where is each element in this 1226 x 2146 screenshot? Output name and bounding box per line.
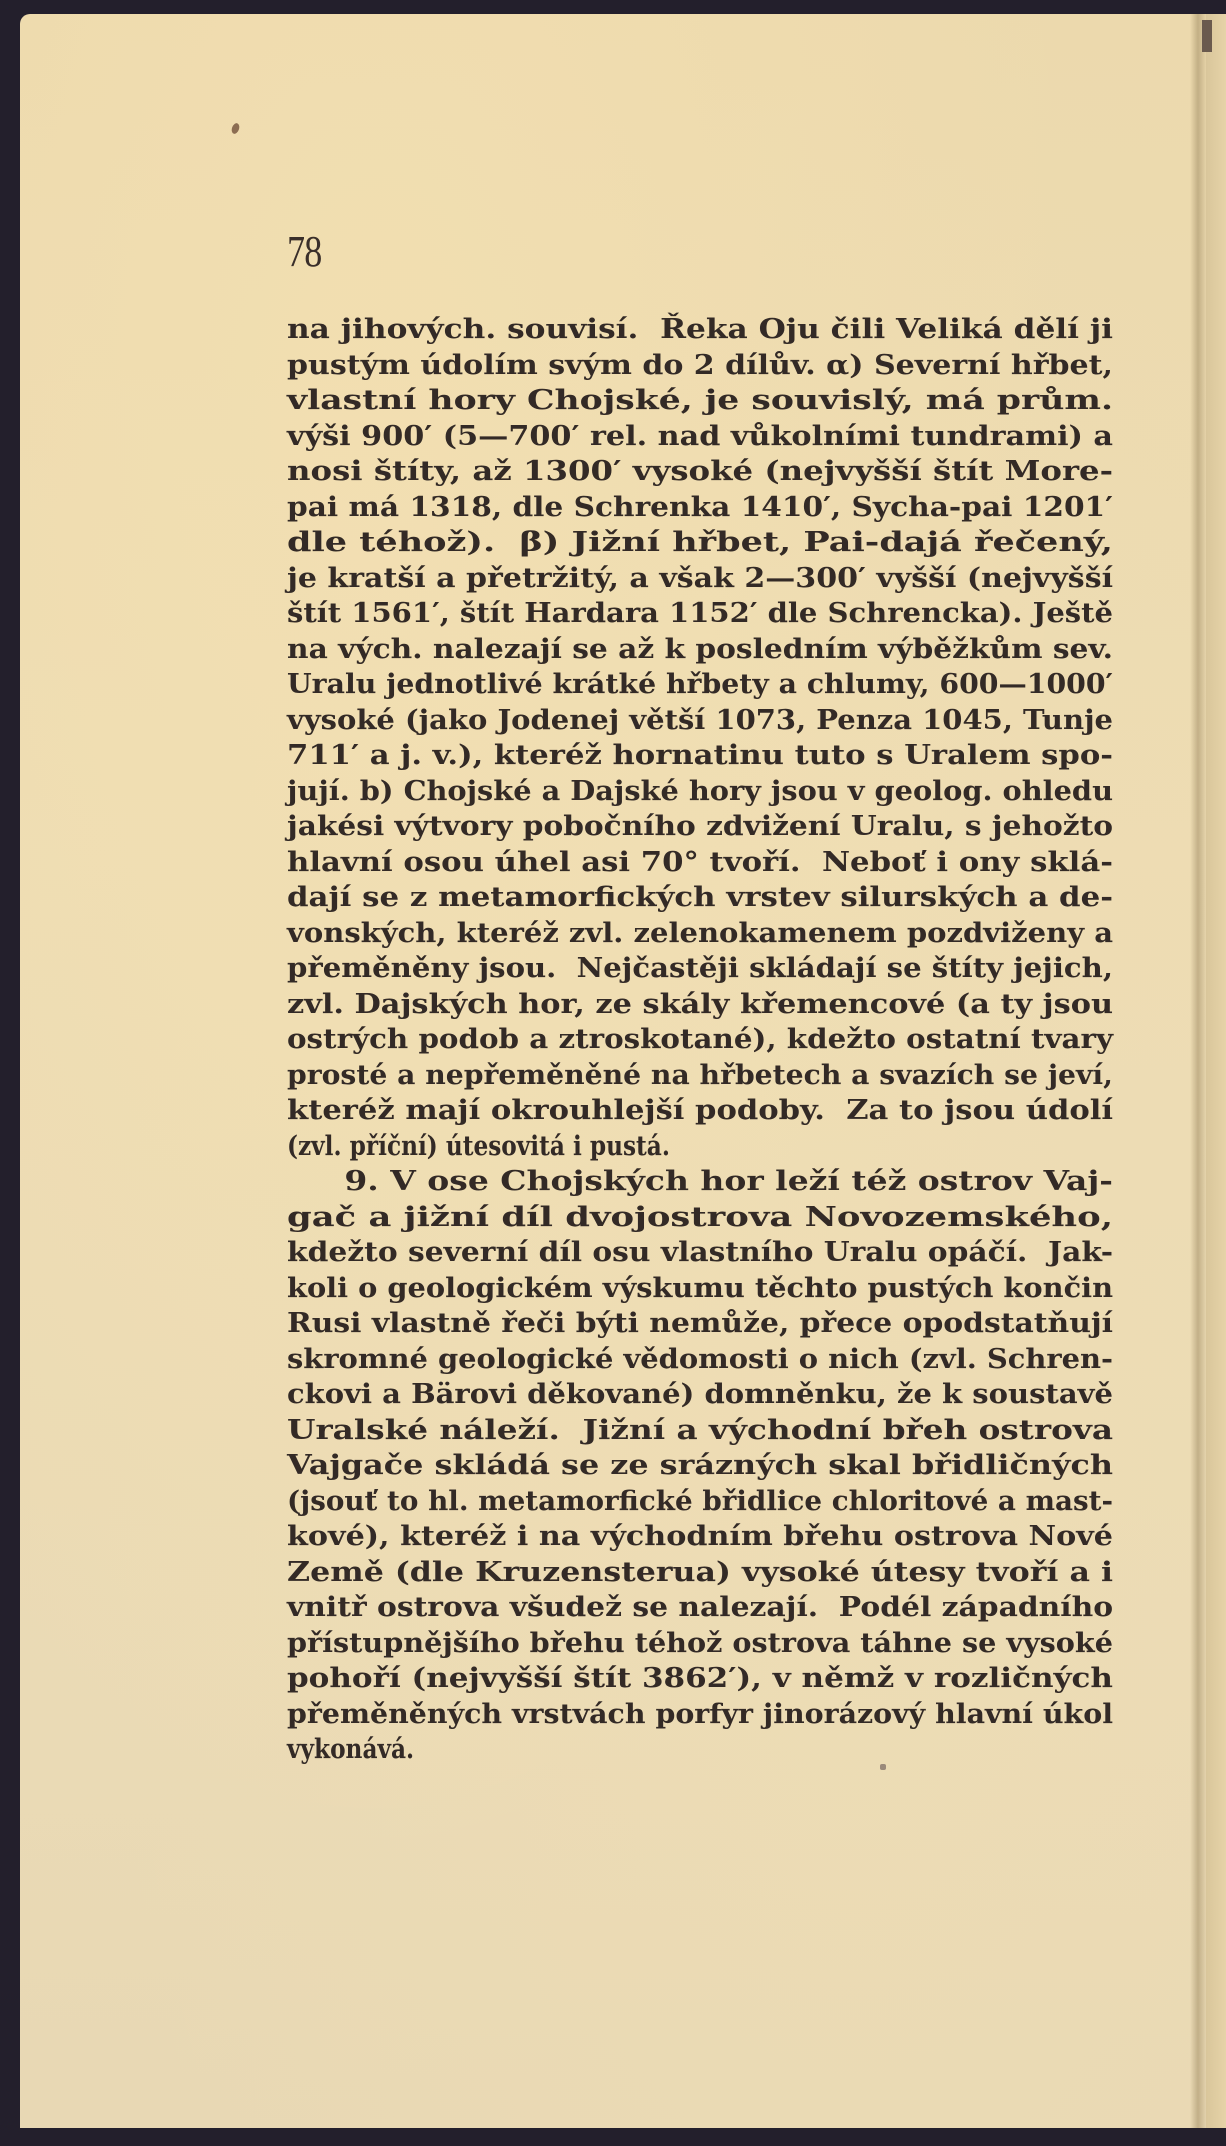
text-line-content: pai má 1318, dle Schrenka 1410′, Sycha-p… [287,490,1113,526]
text-line-content: vysoké (jako Jodenej větší 1073, Penza 1… [287,703,1113,739]
text-line-content: ostrých podob a ztroskotané), kdežto ost… [287,1022,1113,1058]
edge-mark [1202,20,1212,52]
text-line: koli o geologickém výskumu těchto pustýc… [287,1271,1115,1307]
text-line: kdežto severní díl osu vlastního Uralu o… [287,1235,1115,1271]
text-line-content: pustým údolím svým do 2 dílův. α) Severn… [287,348,1113,384]
text-line-content: výši 900′ (5—700′ rel. nad vůkolními tun… [287,419,1113,455]
text-line: (zvl. příční) útesovitá i pustá. [287,1129,1115,1165]
text-line: výši 900′ (5—700′ rel. nad vůkolními tun… [287,419,1115,455]
text-line: hlavní osou úhel asi 70° tvoří. Neboť i … [287,845,1115,881]
body-text: na jihových. souvisí. Řeka Oju čili Veli… [287,312,1115,1768]
text-line: vonských, kteréž zvl. zelenokamenem pozd… [287,916,1115,952]
text-line-content: vnitř ostrova všudež se nalezají. Podél … [287,1590,1113,1626]
text-line-content: přeměněných vrstvách porfyr jinorázový h… [287,1697,1113,1733]
text-line-content: Uralské náleží. Jižní a východní břeh os… [287,1413,1113,1449]
text-line: dají se z metamorfických vrstev silurský… [287,880,1115,916]
text-line: nosi štíty, až 1300′ vysoké (nejvyšší št… [287,454,1115,490]
text-line-content: (zvl. příční) útesovitá i pustá. [287,1129,670,1165]
text-line-content: vykonává. [287,1732,414,1768]
text-line: na jihových. souvisí. Řeka Oju čili Veli… [287,312,1115,348]
text-line-content: 711′ a j. v.), kteréž hornatinu tuto s U… [287,738,1113,774]
text-line: pohoří (nejvyšší štít 3862′), v němž v r… [287,1661,1115,1697]
text-line: vykonává. [287,1732,1115,1768]
text-line: přístupnějšího břehu téhož ostrova táhne… [287,1626,1115,1662]
text-line: skromné geologické vědomosti o nich (zvl… [287,1342,1115,1378]
text-line-content: kteréž mají okrouhlejší podoby. Za to js… [287,1093,1113,1129]
text-line-content: jakési výtvory pobočního zdvižení Uralu,… [287,809,1113,845]
text-line: Vajgače skládá se ze srázných skal břidl… [287,1448,1115,1484]
text-line: Země (dle Kruzensterua) vysoké útesy tvo… [287,1555,1115,1591]
text-line: kové), kteréž i na východním břehu ostro… [287,1519,1115,1555]
text-line: jují. b) Chojské a Dajské hory jsou v ge… [287,774,1115,810]
text-line-content: koli o geologickém výskumu těchto pustýc… [287,1271,1113,1307]
text-line: kteréž mají okrouhlejší podoby. Za to js… [287,1093,1115,1129]
page-number: 78 [287,226,321,277]
text-line-content: dají se z metamorfických vrstev silurský… [287,880,1113,916]
text-line-content: přeměněny jsou. Nejčastěji skládají se š… [287,951,1113,987]
text-line-content: prosté a nepřeměněné na hřbetech a svazí… [287,1058,1113,1094]
text-line-content: Země (dle Kruzensterua) vysoké útesy tvo… [287,1555,1113,1591]
text-line: ostrých podob a ztroskotané), kdežto ost… [287,1022,1115,1058]
text-line: štít 1561′, štít Hardara 1152′ dle Schre… [287,596,1115,632]
text-line: Uralu jednotlivé krátké hřbety a chlumy,… [287,667,1115,703]
text-line-content: (jsouť to hl. metamorfické břidlice chlo… [287,1484,1113,1520]
text-line-content: na vých. nalezají se až k posledním výbě… [287,632,1113,668]
scan-bottom-border [0,2128,1226,2146]
text-line: zvl. Dajských hor, ze skály křemencové (… [287,987,1115,1023]
text-line-content: pohoří (nejvyšší štít 3862′), v němž v r… [287,1661,1113,1697]
ink-speck [880,1764,886,1770]
text-line: přeměněny jsou. Nejčastěji skládají se š… [287,951,1115,987]
text-line: prosté a nepřeměněné na hřbetech a svazí… [287,1058,1115,1094]
page-edge [1206,14,1226,2130]
text-line: přeměněných vrstvách porfyr jinorázový h… [287,1697,1115,1733]
text-line: pustým údolím svým do 2 dílův. α) Severn… [287,348,1115,384]
text-line-content: Uralu jednotlivé krátké hřbety a chlumy,… [287,667,1113,703]
text-line: ckovi a Bärovi děkované) domněnku, že k … [287,1377,1115,1413]
text-line-content: 9. V ose Chojských hor leží též ostrov V… [287,1164,1113,1200]
text-line: vysoké (jako Jodenej větší 1073, Penza 1… [287,703,1115,739]
text-line-content: Rusi vlastně řeči býti nemůže, přece opo… [287,1306,1113,1342]
text-line-content: jují. b) Chojské a Dajské hory jsou v ge… [287,774,1113,810]
text-line-content: vonských, kteréž zvl. zelenokamenem pozd… [287,916,1113,952]
text-line: Rusi vlastně řeči býti nemůže, přece opo… [287,1306,1115,1342]
text-line: Uralské náleží. Jižní a východní břeh os… [287,1413,1115,1449]
text-line-content: na jihových. souvisí. Řeka Oju čili Veli… [287,312,1113,348]
text-line: 9. V ose Chojských hor leží též ostrov V… [287,1164,1115,1200]
text-line-content: ckovi a Bärovi děkované) domněnku, že k … [287,1377,1113,1413]
text-line-content: zvl. Dajských hor, ze skály křemencové (… [287,987,1113,1023]
text-line-content: je kratší a přetržitý, a však 2—300′ vyš… [287,561,1113,597]
text-line: gač a jižní díl dvojostrova Novozemského… [287,1200,1115,1236]
text-line: je kratší a přetržitý, a však 2—300′ vyš… [287,561,1115,597]
text-line-content: hlavní osou úhel asi 70° tvoří. Neboť i … [287,845,1113,881]
text-line: na vých. nalezají se až k posledním výbě… [287,632,1115,668]
text-line: (jsouť to hl. metamorfické břidlice chlo… [287,1484,1115,1520]
text-line-content: nosi štíty, až 1300′ vysoké (nejvyšší št… [287,454,1113,490]
text-line-content: Vajgače skládá se ze srázných skal břidl… [287,1448,1113,1484]
text-line-content: kové), kteréž i na východním břehu ostro… [287,1519,1113,1555]
text-line: vnitř ostrova všudež se nalezají. Podél … [287,1590,1115,1626]
text-line-content: skromné geologické vědomosti o nich (zvl… [287,1342,1113,1378]
text-line: pai má 1318, dle Schrenka 1410′, Sycha-p… [287,490,1115,526]
text-line-content: vlastní hory Chojské, je souvislý, má pr… [287,383,1113,419]
page-gutter-shadow [1190,14,1206,2130]
text-line-content: kdežto severní díl osu vlastního Uralu o… [287,1235,1113,1271]
text-line-content: dle téhož). β) Jižní hřbet, Pai-dajá řeč… [287,525,1113,561]
text-line: jakési výtvory pobočního zdvižení Uralu,… [287,809,1115,845]
text-line-content: štít 1561′, štít Hardara 1152′ dle Schre… [287,596,1113,632]
text-line: vlastní hory Chojské, je souvislý, má pr… [287,383,1115,419]
text-line-content: přístupnějšího břehu téhož ostrova táhne… [287,1626,1113,1662]
text-line-content: gač a jižní díl dvojostrova Novozemského… [287,1200,1113,1236]
text-line: dle téhož). β) Jižní hřbet, Pai-dajá řeč… [287,525,1115,561]
text-line: 711′ a j. v.), kteréž hornatinu tuto s U… [287,738,1115,774]
